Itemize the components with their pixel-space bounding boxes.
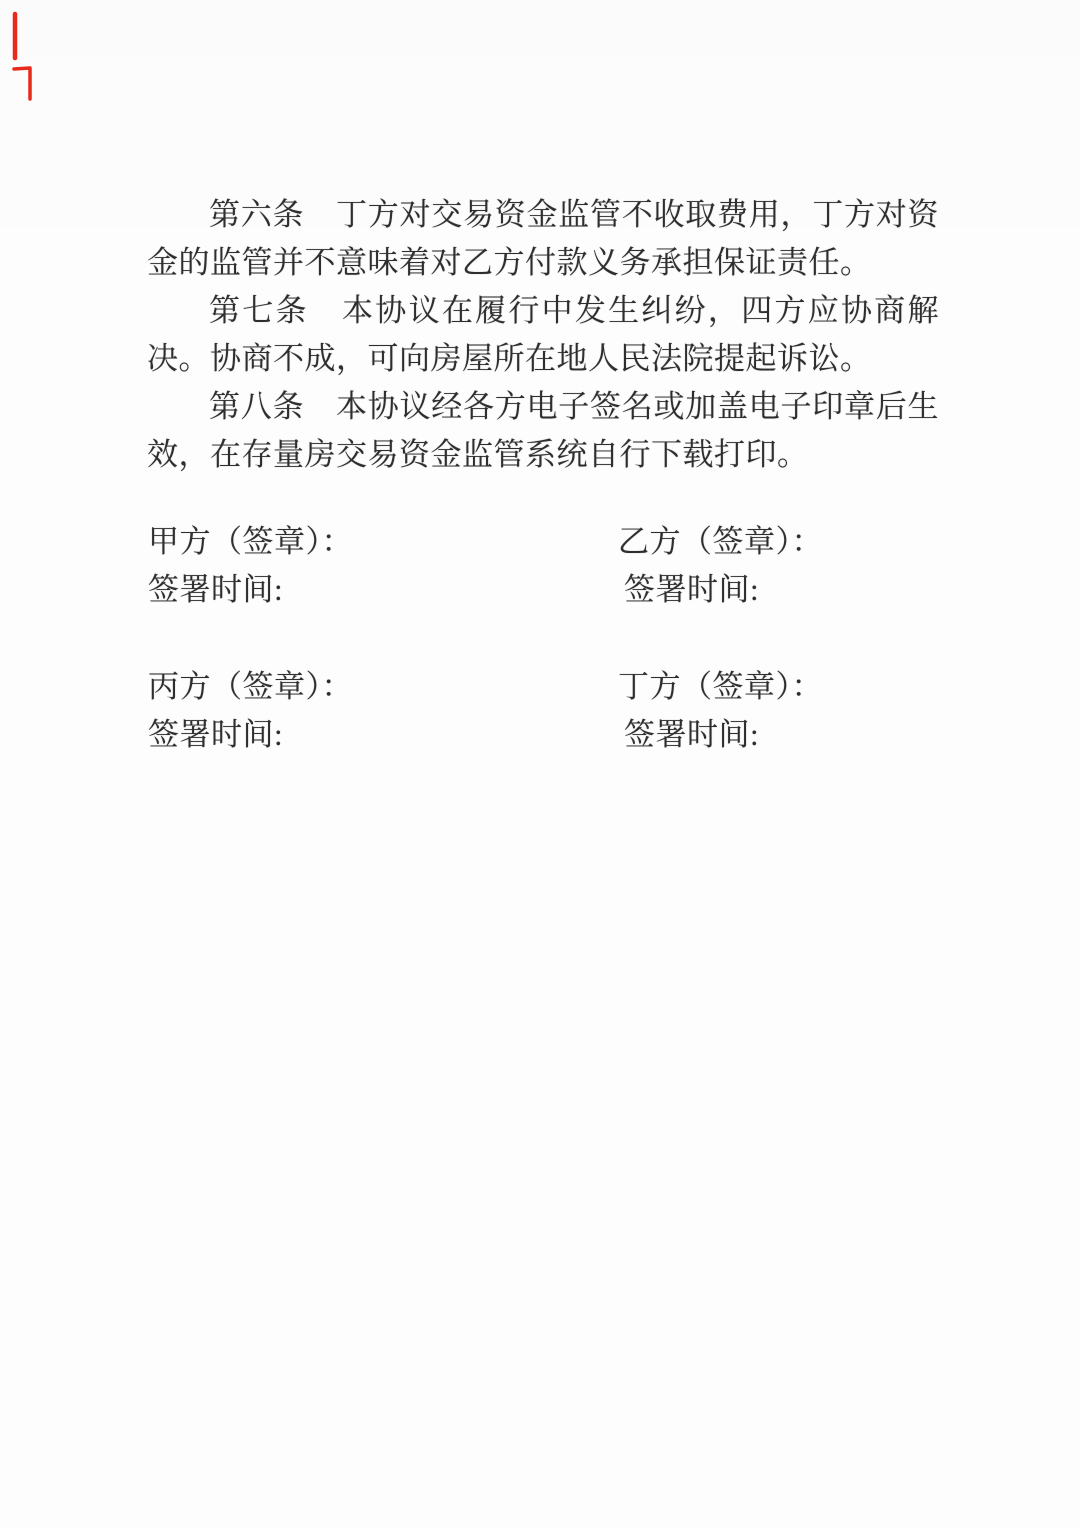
signature-block-parties-a-b: 甲方（签章）： 乙方（签章）： 签署时间: 签署时间: — [148, 518, 948, 614]
signature-name-row: 甲方（签章）： 乙方（签章）： — [148, 518, 948, 566]
party-b-signature-label: 乙方（签章）： — [618, 518, 948, 566]
signature-time-row: 签署时间: 签署时间: — [148, 566, 948, 614]
red-scan-artifact — [4, 6, 38, 106]
signature-name-row: 丙方（签章）： 丁方（签章）： — [148, 663, 948, 711]
party-b-sign-time-label: 签署时间: — [618, 566, 948, 614]
clause-article-8: 第八条 本协议经各方电子签名或加盖电子印章后生效，在存量房交易资金监管系统自行下… — [147, 383, 939, 479]
contract-document-page: 第六条 丁方对交易资金监管不收取费用，丁方对资金的监管并不意味着对乙方付款义务承… — [0, 0, 1080, 1528]
signature-time-row: 签署时间: 签署时间: — [148, 711, 948, 759]
party-c-signature-label: 丙方（签章）： — [148, 663, 618, 711]
party-d-sign-time-label: 签署时间: — [618, 711, 948, 759]
clause-article-6: 第六条 丁方对交易资金监管不收取费用，丁方对资金的监管并不意味着对乙方付款义务承… — [147, 191, 939, 287]
party-d-signature-label: 丁方（签章）： — [618, 663, 948, 711]
contract-body: 第六条 丁方对交易资金监管不收取费用，丁方对资金的监管并不意味着对乙方付款义务承… — [147, 191, 939, 479]
signature-section: 甲方（签章）： 乙方（签章）： 签署时间: 签署时间: 丙方（签章）： 丁方（签… — [148, 518, 948, 759]
signature-block-parties-c-d: 丙方（签章）： 丁方（签章）： 签署时间: 签署时间: — [148, 663, 948, 759]
party-a-sign-time-label: 签署时间: — [148, 566, 618, 614]
party-a-signature-label: 甲方（签章）： — [148, 518, 618, 566]
party-c-sign-time-label: 签署时间: — [148, 711, 618, 759]
clause-article-7: 第七条 本协议在履行中发生纠纷，四方应协商解决。协商不成，可向房屋所在地人民法院… — [147, 287, 939, 383]
